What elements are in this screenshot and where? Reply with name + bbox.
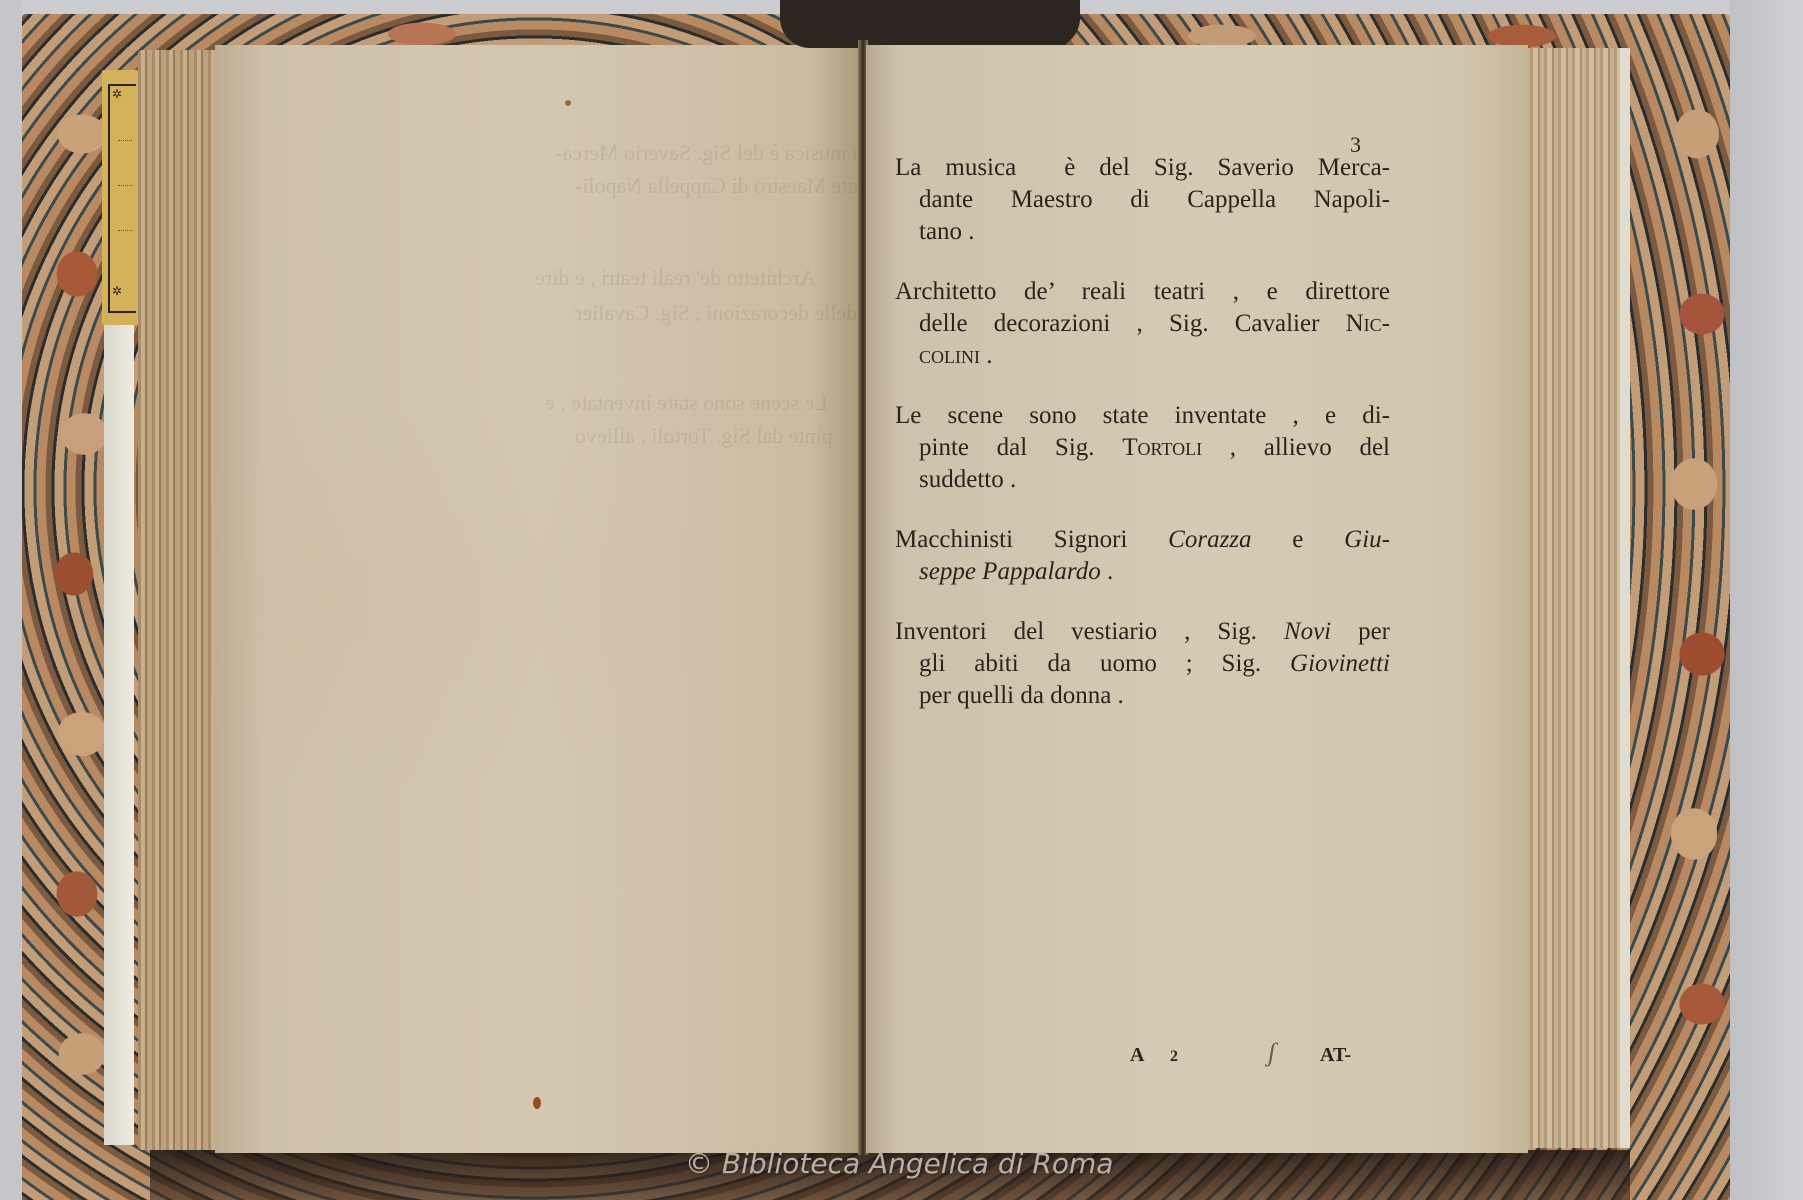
bookmark-paper-strip [104,325,134,1145]
bookmark-dotted-rule [118,230,132,231]
bookmark-label: ✲ ✲ [102,70,138,325]
credit-entry-music: La musica è del Sig. Saverio Merca- dant… [895,152,1390,248]
credit-entry-architect: Architetto de’ reali teatri , e direttor… [895,276,1390,372]
background-left [0,0,22,1200]
ornament-glyph: ʃ [1268,1038,1275,1068]
show-through-text: delle decorazioni , Sig. Cavalier [575,300,857,326]
left-page: La musica è del Sig. Saverio Merca- dant… [215,45,863,1153]
text-line: pinte dal Sig. Tortoli , allievo del [895,432,1390,464]
text-line: Inventori del vestiario , Sig. Novi per [895,616,1390,648]
left-page-edges [138,50,218,1150]
signature-mark: A [1130,1044,1144,1067]
text-line: gli abiti da uomo ; Sig. Giovinetti [895,648,1390,680]
credit-entry-scenes: Le scene sono state inventate , e di- pi… [895,400,1390,496]
credit-entry-costumes: Inventori del vestiario , Sig. Novi per … [895,616,1390,712]
show-through-text: pinte dal Sig. Tortoli , allievo [575,423,833,449]
right-page-edges [1526,48,1628,1148]
show-through-text: dante Maestro di Cappella Napoli- [575,173,879,199]
star-ornament-icon: ✲ [112,88,122,100]
text-line: dante Maestro di Cappella Napoli- [895,184,1390,216]
credit-entry-machinists: Macchinisti Signori Corazza e Giu- seppe… [895,524,1390,588]
show-through-text: La musica è del Sig. Saverio Merca- [555,140,876,166]
star-ornament-icon: ✲ [112,285,122,297]
text-line: seppe Pappalardo . [895,556,1390,588]
text-line: suddetto . [895,464,1390,496]
copyright-watermark: © Biblioteca Angelica di Roma [685,1147,1113,1180]
text-line: tano . [895,216,1390,248]
bookmark-dotted-rule [118,140,132,141]
signature-number: 2 [1170,1048,1178,1066]
foxing-spot [565,100,571,106]
text-line: La musica è del Sig. Saverio Merca- [895,152,1390,184]
background-right [1730,0,1803,1200]
show-through-text: Architetto de' reali teatri , e dire [535,265,816,291]
text-line: Le scene sono state inventate , e di- [895,400,1390,432]
bookmark-frame [108,84,136,313]
text-line: colini . [895,340,1390,372]
right-endpaper-edge [1620,48,1630,1148]
show-through-text: Le scene sono state inventate , e [545,390,828,416]
catchword: AT- [1320,1044,1351,1067]
text-line: Architetto de’ reali teatri , e direttor… [895,276,1390,308]
spine-headband [780,0,1080,48]
printed-text-block: La musica è del Sig. Saverio Merca- dant… [895,152,1390,740]
text-line: per quelli da donna . [895,680,1390,712]
text-line: delle decorazioni , Sig. Cavalier Nic- [895,308,1390,340]
text-line: Macchinisti Signori Corazza e Giu- [895,524,1390,556]
bookmark-dotted-rule [118,185,132,186]
foxing-spot [533,1097,541,1109]
